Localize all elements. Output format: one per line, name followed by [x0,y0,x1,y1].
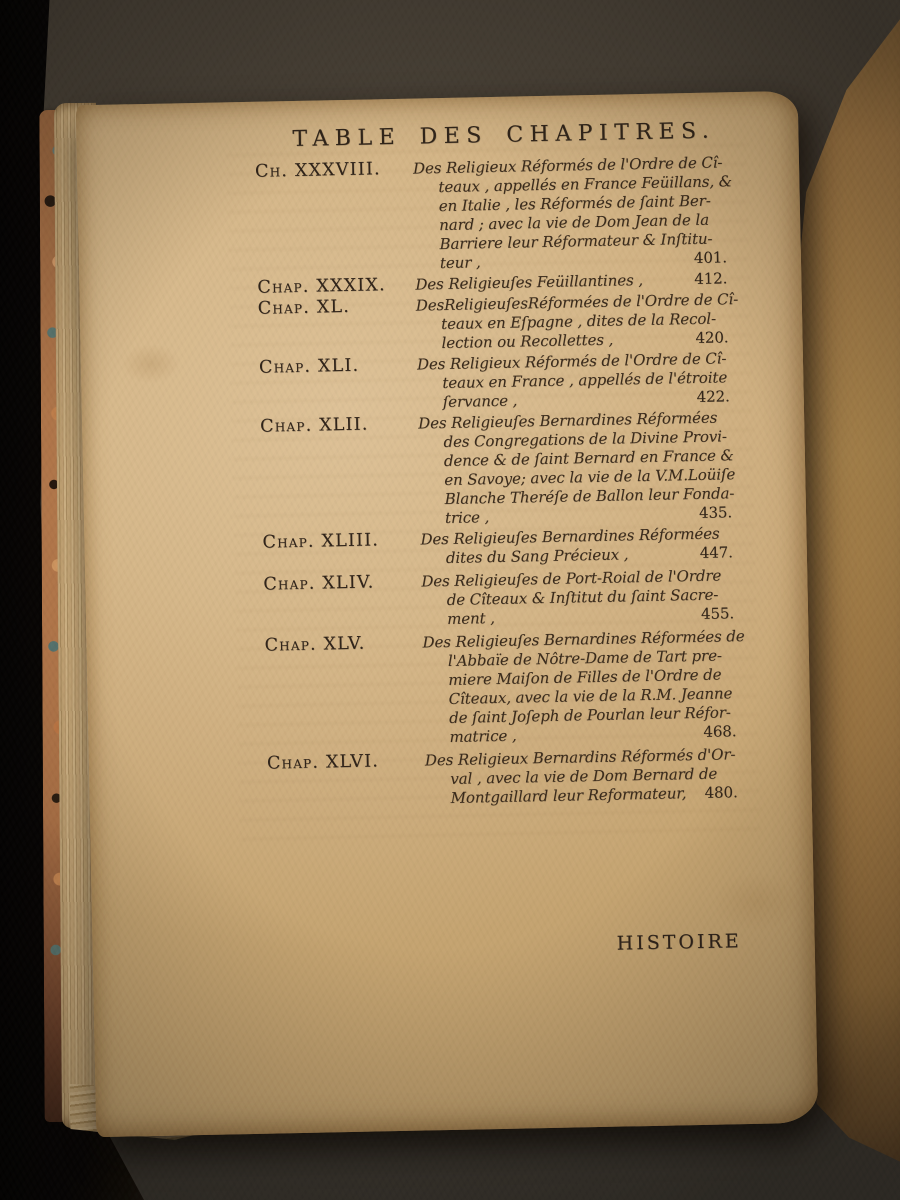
toc-entry: Chap. XL. DesReligieuſesRéformées de l'O… [258,290,729,356]
chapter-description: Des Religieux Réformés de l'Ordre de Cî-… [417,349,730,412]
paper-stain [711,871,802,933]
entry-line-text: matrice , [449,727,516,747]
toc-entry: Chap. XLVI. Des Religieux Bernardins Réf… [267,745,738,811]
catchword: HISTOIRE [616,930,741,955]
chapter-description: Des Religieuſes Bernardines Réforméesdit… [420,524,733,568]
book-page: TABLE DES CHAPITRES. Ch. XXXVIII. Des Re… [76,91,819,1137]
chapter-description: Des Religieuſes de Port-Roial de l'Ordre… [421,566,734,629]
chapter-label: Chap. XLVI. [267,751,426,811]
entry-line-text: ment , [447,609,495,629]
chapter-label: Chap. XXXIX. [257,276,415,298]
toc-entry: Chap. XLII. Des Religieuſes Bernardines … [260,408,732,531]
toc-entry: Chap. XLIV. Des Religieuſes de Port-Roia… [263,566,734,632]
toc-entry: Chap. XLV. Des Religieuſes Bernardines R… [264,627,736,750]
page-title: TABLE DES CHAPITRES. [292,118,724,152]
entry-line-text: ſervance , [443,392,518,412]
chapter-list: Ch. XXXVIII. Des Religieux Réformés de l… [255,153,738,811]
entry-line-text: teur , [440,253,481,273]
chapter-label: Chap. XLI. [259,356,418,416]
entry-page-number: 420. [687,328,728,348]
chapter-description: Des Religieux Réformés de l'Ordre de Cî-… [413,153,727,273]
entry-page-number: 401. [686,248,727,268]
chapter-label: Chap. XLV. [264,633,424,750]
chapter-label: Chap. XLIII. [262,531,421,572]
chapter-description: Des Religieux Bernardins Réformés d'Or-v… [425,745,738,808]
toc-entry: Chap. XLI. Des Religieux Réformés de l'O… [259,349,730,415]
entry-line-text: Montgaillard leur Reformateur, [451,784,687,808]
entry-line-text: lection ou Recollettes , [441,331,613,353]
entry-line-text: trice , [445,508,489,528]
chapter-description: Des Religieuſes Bernardines Réformées de… [422,627,736,747]
toc-entry: Chap. XLIII. Des Religieuſes Bernardines… [262,524,733,571]
entry-line-text: Des Religieuſes Feüillantines , [415,271,643,295]
entry-page-number: 480. [696,783,737,803]
entry-page-number: 435. [691,503,732,523]
entry-page-number: 447. [692,543,733,563]
entry-page-number: 412. [686,269,727,289]
book-photograph: TABLE DES CHAPITRES. Ch. XXXVIII. Des Re… [0,0,900,1200]
paper-stain [121,343,182,384]
entry-page-number: 455. [693,604,734,624]
chapter-description: Des Religieuſes Bernardines Réforméesdes… [418,408,732,528]
chapter-label: Chap. XLII. [260,415,420,532]
chapter-description: DesReligieuſesRéformées de l'Ordre de Cî… [416,290,729,353]
page-content: TABLE DES CHAPITRES. Ch. XXXVIII. Des Re… [254,118,738,815]
entry-page-number: 468. [695,722,736,742]
chapter-label: Chap. XL. [258,297,417,357]
entry-line-text: dites du Sang Précieux , [446,545,629,568]
toc-entry: Ch. XXXVIII. Des Religieux Réformés de l… [255,153,727,276]
chapter-label: Ch. XXXVIII. [255,160,415,277]
chapter-label: Chap. XLIV. [263,573,422,633]
entry-page-number: 422. [689,387,730,407]
